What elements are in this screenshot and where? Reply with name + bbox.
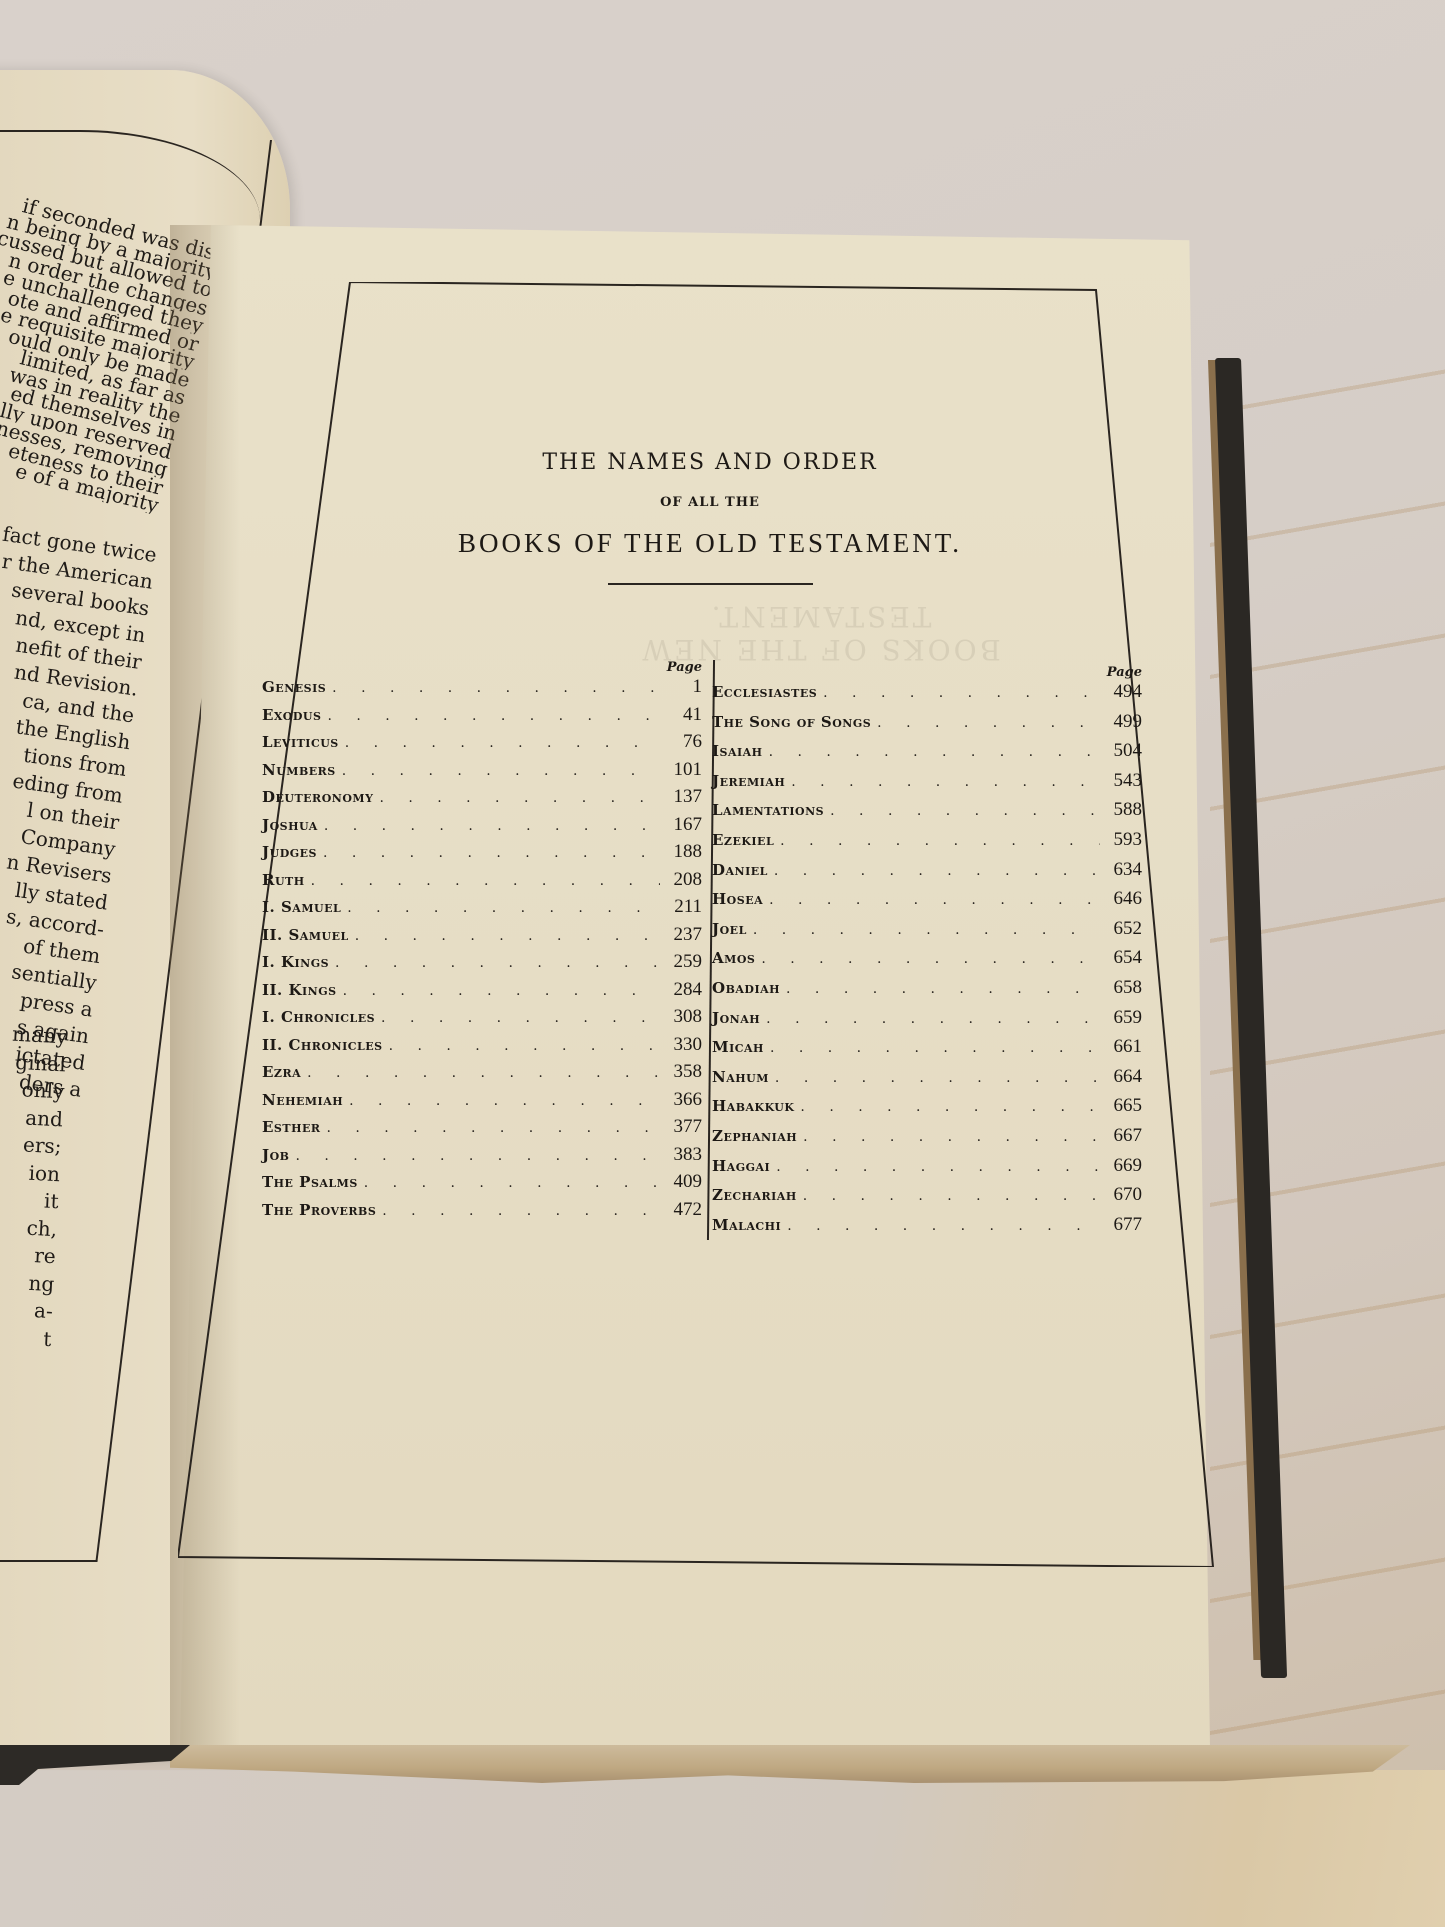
page-number: 652 xyxy=(1100,918,1142,940)
book-entry: Job. . . . . . . . . . . . . . . . . . .… xyxy=(262,1144,702,1172)
page-number: 366 xyxy=(660,1089,702,1111)
leader-dots: . . . . . . . . . . . . . . . . . . . . … xyxy=(871,715,1100,731)
book-entry: Hosea. . . . . . . . . . . . . . . . . .… xyxy=(712,888,1142,918)
book-name: Judges xyxy=(262,843,317,861)
book-name: Daniel xyxy=(712,861,768,879)
page-title: BOOKS OF THE OLD TESTAMENT. xyxy=(350,528,1070,559)
books-column-left: Page Genesis. . . . . . . . . . . . . . … xyxy=(262,660,702,1226)
leader-dots: . . . . . . . . . . . . . . . . . . . . … xyxy=(358,1175,660,1191)
leader-dots: . . . . . . . . . . . . . . . . . . . . … xyxy=(763,744,1100,760)
book-entry: Numbers. . . . . . . . . . . . . . . . .… xyxy=(262,759,702,787)
leader-dots: . . . . . . . . . . . . . . . . . . . . … xyxy=(794,1099,1100,1115)
book-entry: Ecclesiastes. . . . . . . . . . . . . . … xyxy=(712,681,1142,711)
book-name: The Proverbs xyxy=(262,1201,376,1219)
book-name: Joel xyxy=(712,920,747,938)
page-number: 667 xyxy=(1100,1125,1142,1147)
leader-dots: . . . . . . . . . . . . . . . . . . . . … xyxy=(321,708,660,724)
leader-dots: . . . . . . . . . . . . . . . . . . . . … xyxy=(763,892,1100,908)
title-block: THE NAMES AND ORDER OF ALL THE BOOKS OF … xyxy=(350,450,1070,585)
leader-dots: . . . . . . . . . . . . . . . . . . . . … xyxy=(774,833,1100,849)
book-entry: Zechariah. . . . . . . . . . . . . . . .… xyxy=(712,1184,1142,1214)
book-entry: I. Chronicles. . . . . . . . . . . . . .… xyxy=(262,1006,702,1034)
book-name: Lamentations xyxy=(712,801,824,819)
leader-dots: . . . . . . . . . . . . . . . . . . . . … xyxy=(770,1159,1100,1175)
text-line: ginal xyxy=(0,1047,66,1078)
book-name: The Song of Songs xyxy=(712,713,871,731)
book-entry: Nahum. . . . . . . . . . . . . . . . . .… xyxy=(712,1066,1142,1096)
book-name: Genesis xyxy=(262,678,326,696)
book-entry: II. Chronicles. . . . . . . . . . . . . … xyxy=(262,1034,702,1062)
leader-dots: . . . . . . . . . . . . . . . . . . . . … xyxy=(797,1188,1100,1204)
leader-dots: . . . . . . . . . . . . . . . . . . . . … xyxy=(289,1148,660,1164)
page-number: 167 xyxy=(660,814,702,836)
book-entry: Genesis. . . . . . . . . . . . . . . . .… xyxy=(262,676,702,704)
page-number: 377 xyxy=(660,1116,702,1138)
book-entry: Malachi. . . . . . . . . . . . . . . . .… xyxy=(712,1214,1142,1244)
books-column-right: Page Ecclesiastes. . . . . . . . . . . .… xyxy=(712,665,1142,1243)
leader-dots: . . . . . . . . . . . . . . . . . . . . … xyxy=(349,928,660,944)
page-number: 208 xyxy=(660,869,702,891)
page-number: 259 xyxy=(660,951,702,973)
leader-dots: . . . . . . . . . . . . . . . . . . . . … xyxy=(755,951,1100,967)
book-name: Malachi xyxy=(712,1216,781,1234)
title-line-2: OF ALL THE xyxy=(350,495,1070,510)
page-number: 665 xyxy=(1100,1095,1142,1117)
page-number: 504 xyxy=(1100,740,1142,762)
book-name: Ecclesiastes xyxy=(712,683,817,701)
show-through-text: BOOKS OF THE NEW TESTAMENT. xyxy=(580,600,1060,666)
book-entry: Esther. . . . . . . . . . . . . . . . . … xyxy=(262,1116,702,1144)
leader-dots: . . . . . . . . . . . . . . . . . . . . … xyxy=(373,790,660,806)
leader-dots: . . . . . . . . . . . . . . . . . . . . … xyxy=(817,685,1100,701)
page-number: 237 xyxy=(660,924,702,946)
book-entry: Judges. . . . . . . . . . . . . . . . . … xyxy=(262,841,702,869)
book-name: I. Kings xyxy=(262,953,329,971)
book-entry: Ezra. . . . . . . . . . . . . . . . . . … xyxy=(262,1061,702,1089)
leader-dots: . . . . . . . . . . . . . . . . . . . . … xyxy=(343,1093,660,1109)
book-name: Numbers xyxy=(262,761,336,779)
leader-dots: . . . . . . . . . . . . . . . . . . . . … xyxy=(337,983,660,999)
leader-dots: . . . . . . . . . . . . . . . . . . . . … xyxy=(785,774,1100,790)
book-name: Jonah xyxy=(712,1009,760,1027)
page-number: 670 xyxy=(1100,1184,1142,1206)
wood-surface-bottom xyxy=(0,1770,1445,1927)
book-entry: The Proverbs. . . . . . . . . . . . . . … xyxy=(262,1199,702,1227)
leader-dots: . . . . . . . . . . . . . . . . . . . . … xyxy=(305,873,660,889)
book-name: Haggai xyxy=(712,1157,770,1175)
book-name: Nahum xyxy=(712,1068,769,1086)
book-name: II. Kings xyxy=(262,981,337,999)
book-entry: Joshua. . . . . . . . . . . . . . . . . … xyxy=(262,814,702,842)
page-number: 654 xyxy=(1100,947,1142,969)
book-name: Zechariah xyxy=(712,1186,797,1204)
leader-dots: . . . . . . . . . . . . . . . . . . . . … xyxy=(329,955,660,971)
book-entry: Jonah. . . . . . . . . . . . . . . . . .… xyxy=(712,1007,1142,1037)
title-line-1: THE NAMES AND ORDER xyxy=(350,450,1070,475)
title-divider xyxy=(608,583,813,585)
book-entry: Leviticus. . . . . . . . . . . . . . . .… xyxy=(262,731,702,759)
leader-dots: . . . . . . . . . . . . . . . . . . . . … xyxy=(780,981,1100,997)
page-column-label: Page xyxy=(712,665,1142,681)
page-number: 543 xyxy=(1100,770,1142,792)
page-number: 669 xyxy=(1100,1155,1142,1177)
page-number: 661 xyxy=(1100,1036,1142,1058)
page-number: 76 xyxy=(660,731,702,753)
text-line: t xyxy=(0,1322,52,1353)
leader-dots: . . . . . . . . . . . . . . . . . . . . … xyxy=(317,845,660,861)
book-name: Hosea xyxy=(712,890,763,908)
book-entry: Ezekiel. . . . . . . . . . . . . . . . .… xyxy=(712,829,1142,859)
leader-dots: . . . . . . . . . . . . . . . . . . . . … xyxy=(375,1010,660,1026)
page-number: 330 xyxy=(660,1034,702,1056)
leader-dots: . . . . . . . . . . . . . . . . . . . . … xyxy=(376,1203,660,1219)
page-number: 472 xyxy=(660,1199,702,1221)
page-number: 358 xyxy=(660,1061,702,1083)
page-number: 188 xyxy=(660,841,702,863)
page-number: 677 xyxy=(1100,1214,1142,1236)
page-number: 308 xyxy=(660,1006,702,1028)
leader-dots: . . . . . . . . . . . . . . . . . . . . … xyxy=(747,922,1100,938)
book-name: The Psalms xyxy=(262,1173,358,1191)
book-name: Jeremiah xyxy=(712,772,785,790)
page-number: 664 xyxy=(1100,1066,1142,1088)
book-name: Ruth xyxy=(262,871,305,889)
book-name: Ezekiel xyxy=(712,831,774,849)
book-name: Zephaniah xyxy=(712,1127,797,1145)
leader-dots: . . . . . . . . . . . . . . . . . . . . … xyxy=(339,735,660,751)
book-entry: The Psalms. . . . . . . . . . . . . . . … xyxy=(262,1171,702,1199)
book-entry: I. Kings. . . . . . . . . . . . . . . . … xyxy=(262,951,702,979)
leader-dots: . . . . . . . . . . . . . . . . . . . . … xyxy=(768,863,1100,879)
page-column-label: Page xyxy=(262,660,702,676)
book-entry: Haggai. . . . . . . . . . . . . . . . . … xyxy=(712,1155,1142,1185)
page-number: 383 xyxy=(660,1144,702,1166)
book-entry: I. Samuel. . . . . . . . . . . . . . . .… xyxy=(262,896,702,924)
book-entry: Deuteronomy. . . . . . . . . . . . . . .… xyxy=(262,786,702,814)
book-name: Esther xyxy=(262,1118,320,1136)
text-line: ion xyxy=(0,1157,61,1188)
book-entry: Zephaniah. . . . . . . . . . . . . . . .… xyxy=(712,1125,1142,1155)
page-number: 658 xyxy=(1100,977,1142,999)
book-name: Joshua xyxy=(262,816,318,834)
book-entry: II. Kings. . . . . . . . . . . . . . . .… xyxy=(262,979,702,1007)
book-name: Habakkuk xyxy=(712,1097,794,1115)
book-entry: Ruth. . . . . . . . . . . . . . . . . . … xyxy=(262,869,702,897)
book-entry: Joel. . . . . . . . . . . . . . . . . . … xyxy=(712,918,1142,948)
book-entry: Nehemiah. . . . . . . . . . . . . . . . … xyxy=(262,1089,702,1117)
book-name: Ezra xyxy=(262,1063,301,1081)
text-line: it xyxy=(0,1185,59,1216)
leader-dots: . . . . . . . . . . . . . . . . . . . . … xyxy=(764,1040,1100,1056)
book-name: Micah xyxy=(712,1038,764,1056)
book-entry: Daniel. . . . . . . . . . . . . . . . . … xyxy=(712,859,1142,889)
book-name: Job xyxy=(262,1146,289,1164)
leader-dots: . . . . . . . . . . . . . . . . . . . . … xyxy=(760,1011,1100,1027)
leader-dots: . . . . . . . . . . . . . . . . . . . . … xyxy=(383,1038,660,1054)
book-entry: Isaiah. . . . . . . . . . . . . . . . . … xyxy=(712,740,1142,770)
text-line: many xyxy=(0,1020,68,1051)
leader-dots: . . . . . . . . . . . . . . . . . . . . … xyxy=(769,1070,1100,1086)
leader-dots: . . . . . . . . . . . . . . . . . . . . … xyxy=(781,1218,1100,1234)
leader-dots: . . . . . . . . . . . . . . . . . . . . … xyxy=(336,763,660,779)
book-entry: Habakkuk. . . . . . . . . . . . . . . . … xyxy=(712,1095,1142,1125)
page-number: 499 xyxy=(1100,711,1142,733)
page-number: 659 xyxy=(1100,1007,1142,1029)
page-number: 137 xyxy=(660,786,702,808)
book-name: Exodus xyxy=(262,706,321,724)
page-number: 588 xyxy=(1100,799,1142,821)
book-name: Amos xyxy=(712,949,755,967)
text-line: ers; xyxy=(0,1130,62,1161)
page-number: 101 xyxy=(660,759,702,781)
leader-dots: . . . . . . . . . . . . . . . . . . . . … xyxy=(341,900,660,916)
page-number: 494 xyxy=(1100,681,1142,703)
book-name: Nehemiah xyxy=(262,1091,343,1109)
book-name: I. Samuel xyxy=(262,898,341,916)
book-name: II. Chronicles xyxy=(262,1036,383,1054)
page-number: 634 xyxy=(1100,859,1142,881)
page-number: 593 xyxy=(1100,829,1142,851)
leader-dots: . . . . . . . . . . . . . . . . . . . . … xyxy=(301,1065,660,1081)
text-line: ch, xyxy=(0,1212,58,1243)
leader-dots: . . . . . . . . . . . . . . . . . . . . … xyxy=(824,803,1100,819)
page-number: 284 xyxy=(660,979,702,1001)
text-line: and xyxy=(0,1102,64,1133)
leader-dots: . . . . . . . . . . . . . . . . . . . . … xyxy=(326,680,660,696)
book-entry: Micah. . . . . . . . . . . . . . . . . .… xyxy=(712,1036,1142,1066)
page-number: 646 xyxy=(1100,888,1142,910)
book-entry: Obadiah. . . . . . . . . . . . . . . . .… xyxy=(712,977,1142,1007)
leader-dots: . . . . . . . . . . . . . . . . . . . . … xyxy=(797,1129,1100,1145)
book-entry: The Song of Songs. . . . . . . . . . . .… xyxy=(712,711,1142,741)
page-number: 409 xyxy=(660,1171,702,1193)
book-entry: Jeremiah. . . . . . . . . . . . . . . . … xyxy=(712,770,1142,800)
book-name: Deuteronomy xyxy=(262,788,373,806)
leader-dots: . . . . . . . . . . . . . . . . . . . . … xyxy=(320,1120,660,1136)
book-name: Leviticus xyxy=(262,733,339,751)
book-entry: Exodus. . . . . . . . . . . . . . . . . … xyxy=(262,704,702,732)
book-name: Isaiah xyxy=(712,742,763,760)
page-number: 1 xyxy=(660,676,702,698)
book-name: Obadiah xyxy=(712,979,780,997)
book-entry: Lamentations. . . . . . . . . . . . . . … xyxy=(712,799,1142,829)
book-name: I. Chronicles xyxy=(262,1008,375,1026)
page-number: 41 xyxy=(660,704,702,726)
book-name: II. Samuel xyxy=(262,926,349,944)
page-number: 211 xyxy=(660,896,702,918)
leader-dots: . . . . . . . . . . . . . . . . . . . . … xyxy=(318,818,660,834)
book-entry: Amos. . . . . . . . . . . . . . . . . . … xyxy=(712,947,1142,977)
text-line: a- xyxy=(0,1295,54,1326)
book-entry: II. Samuel. . . . . . . . . . . . . . . … xyxy=(262,924,702,952)
text-line: only xyxy=(0,1075,65,1106)
text-line: ng xyxy=(0,1267,55,1298)
text-line: re xyxy=(0,1240,56,1271)
